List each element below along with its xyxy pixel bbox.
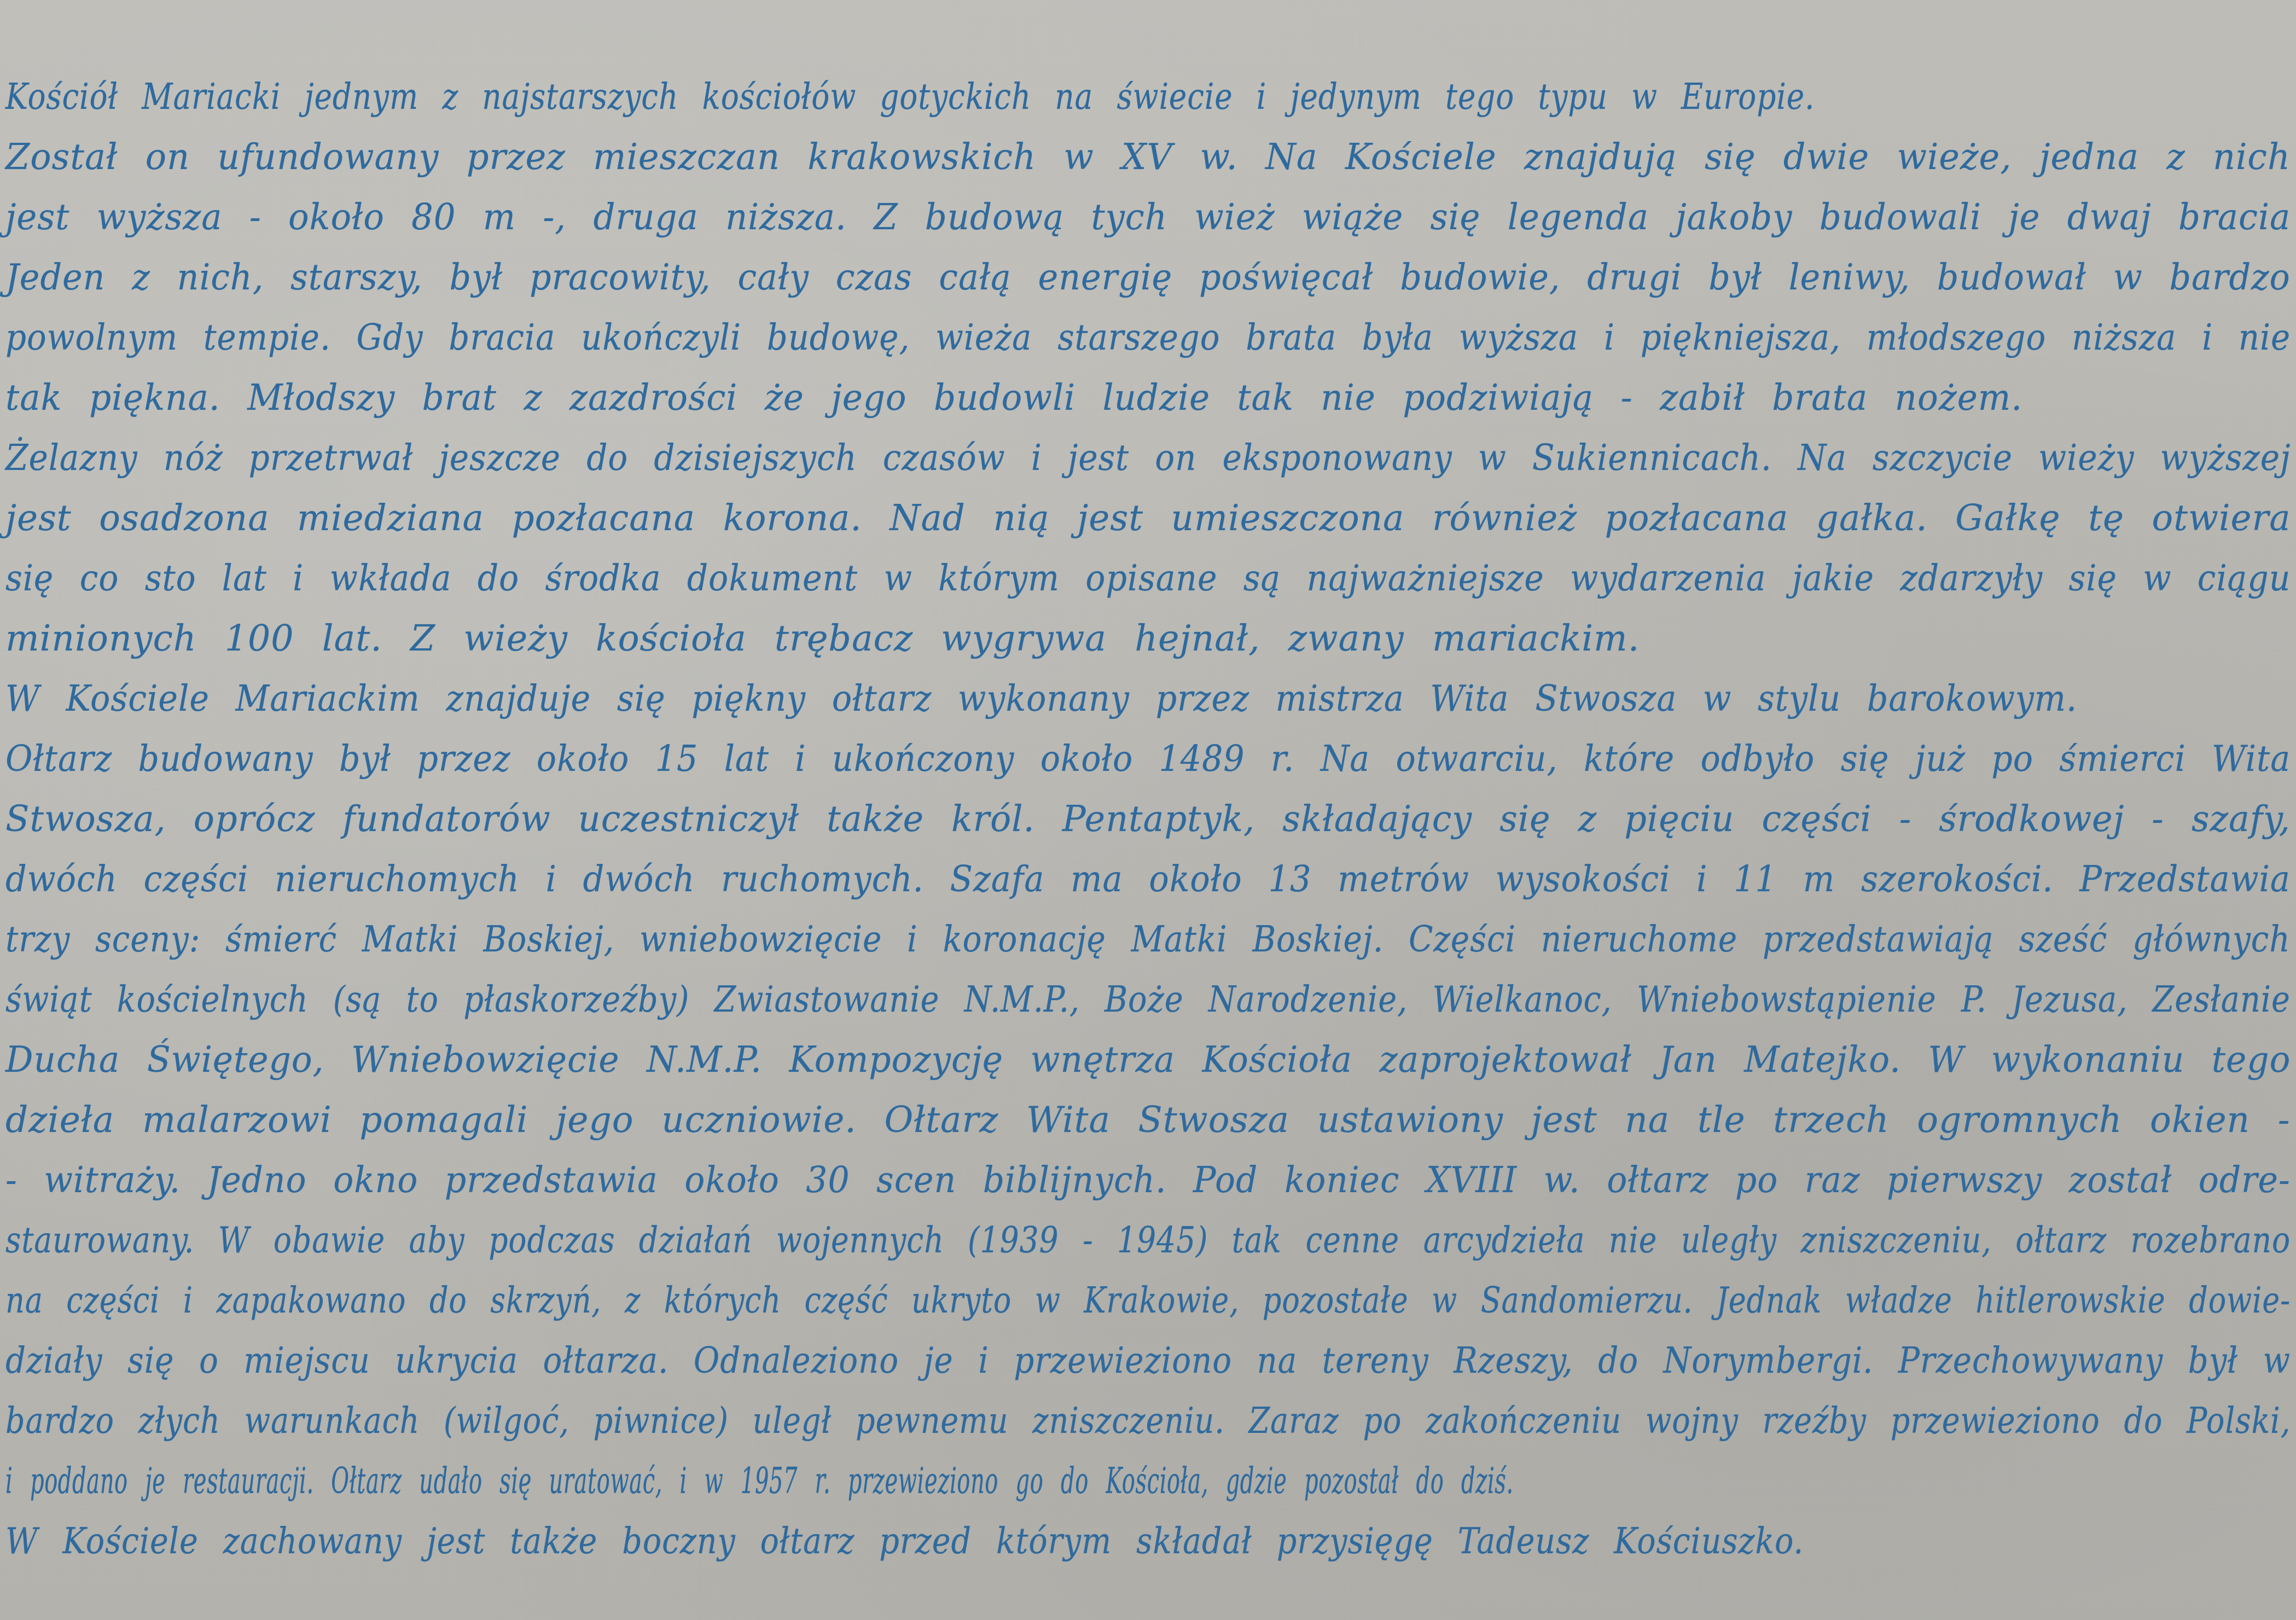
text-line: na części i zapakowano do skrzyń, z któr… (5, 1258, 2291, 1319)
text-line: - witraży. Jedno okno przedstawia około … (5, 1138, 2291, 1198)
text-line: trzy sceny: śmierć Matki Boskiej, wniebo… (5, 897, 2291, 957)
text-line: Stwosza, oprócz fundatorów uczestniczył … (5, 777, 2291, 837)
line-text: jest osadzona miedziana pozłacana korona… (5, 500, 2291, 536)
line-text: świąt kościelnych (są to płaskorzeźby) Z… (5, 982, 2291, 1018)
text-line: i poddano je restauracji. Ołtarz udało s… (5, 1439, 1514, 1499)
line-text: Stwosza, oprócz fundatorów uczestniczył … (5, 801, 2291, 837)
text-line: jest osadzona miedziana pozłacana korona… (5, 476, 2291, 536)
text-line: się co sto lat i wkłada do środka dokume… (5, 536, 2291, 596)
line-text: Jeden z nich, starszy, był pracowity, ca… (5, 259, 2291, 295)
line-text: dzieła malarzowi pomagali jego uczniowie… (5, 1102, 2291, 1138)
text-line: Jeden z nich, starszy, był pracowity, ca… (5, 235, 2291, 295)
line-text: powolnym tempie. Gdy bracia ukończyli bu… (5, 320, 2291, 356)
line-text: Kościół Mariacki jednym z najstarszych k… (5, 79, 1815, 115)
line-text: Ołtarz budowany był przez około 15 lat i… (5, 741, 2291, 777)
line-text: staurowany. W obawie aby podczas działań… (5, 1222, 2291, 1258)
text-line: dzieła malarzowi pomagali jego uczniowie… (5, 1078, 2291, 1138)
text-line: działy się o miejscu ukrycia ołtarza. Od… (5, 1319, 2291, 1379)
text-line: Ducha Świętego, Wniebowzięcie N.M.P. Kom… (5, 1018, 2291, 1078)
text-line: tak piękna. Młodszy brat z zazdrości że … (5, 356, 2022, 416)
text-line: staurowany. W obawie aby podczas działań… (5, 1198, 2291, 1258)
line-text: się co sto lat i wkłada do środka dokume… (5, 560, 2291, 596)
line-text: i poddano je restauracji. Ołtarz udało s… (5, 1463, 1514, 1499)
text-line: Kościół Mariacki jednym z najstarszych k… (5, 55, 1815, 115)
text-line: W Kościele zachowany jest także boczny o… (5, 1499, 1804, 1559)
handwritten-page: Kościół Mariacki jednym z najstarszych k… (0, 0, 2296, 1620)
text-line: powolnym tempie. Gdy bracia ukończyli bu… (5, 295, 2291, 356)
text-line: bardzo złych warunkach (wilgoć, piwnice)… (5, 1379, 2291, 1439)
text-line: Ołtarz budowany był przez około 15 lat i… (5, 717, 2291, 777)
line-text: działy się o miejscu ukrycia ołtarza. Od… (5, 1343, 2291, 1379)
text-line: jest wyższa - około 80 m -, druga niższa… (5, 175, 2291, 235)
text-line: Został on ufundowany przez mieszczan kra… (5, 115, 2291, 175)
text-line: minionych 100 lat. Z wieży kościoła tręb… (5, 596, 1640, 657)
line-text: dwóch części nieruchomych i dwóch ruchom… (5, 861, 2291, 897)
line-text: tak piękna. Młodszy brat z zazdrości że … (5, 380, 2022, 416)
line-text: bardzo złych warunkach (wilgoć, piwnice)… (5, 1403, 2291, 1439)
line-text: na części i zapakowano do skrzyń, z któr… (5, 1282, 2291, 1319)
line-text: jest wyższa - około 80 m -, druga niższa… (5, 199, 2291, 235)
line-text: Żelazny nóż przetrwał jeszcze do dzisiej… (5, 440, 2291, 476)
text-line: Żelazny nóż przetrwał jeszcze do dzisiej… (5, 416, 2291, 476)
text-line: świąt kościelnych (są to płaskorzeźby) Z… (5, 957, 2291, 1018)
line-text: Został on ufundowany przez mieszczan kra… (5, 139, 2291, 175)
line-text: minionych 100 lat. Z wieży kościoła tręb… (5, 620, 1640, 657)
line-text: Ducha Świętego, Wniebowzięcie N.M.P. Kom… (5, 1042, 2291, 1078)
line-text: - witraży. Jedno okno przedstawia około … (5, 1162, 2291, 1198)
line-text: W Kościele Mariackim znajduje się piękny… (5, 681, 2077, 717)
line-text: trzy sceny: śmierć Matki Boskiej, wniebo… (5, 921, 2291, 957)
text-line: W Kościele Mariackim znajduje się piękny… (5, 657, 2077, 717)
text-line: dwóch części nieruchomych i dwóch ruchom… (5, 837, 2291, 897)
line-text: W Kościele zachowany jest także boczny o… (5, 1523, 1804, 1559)
